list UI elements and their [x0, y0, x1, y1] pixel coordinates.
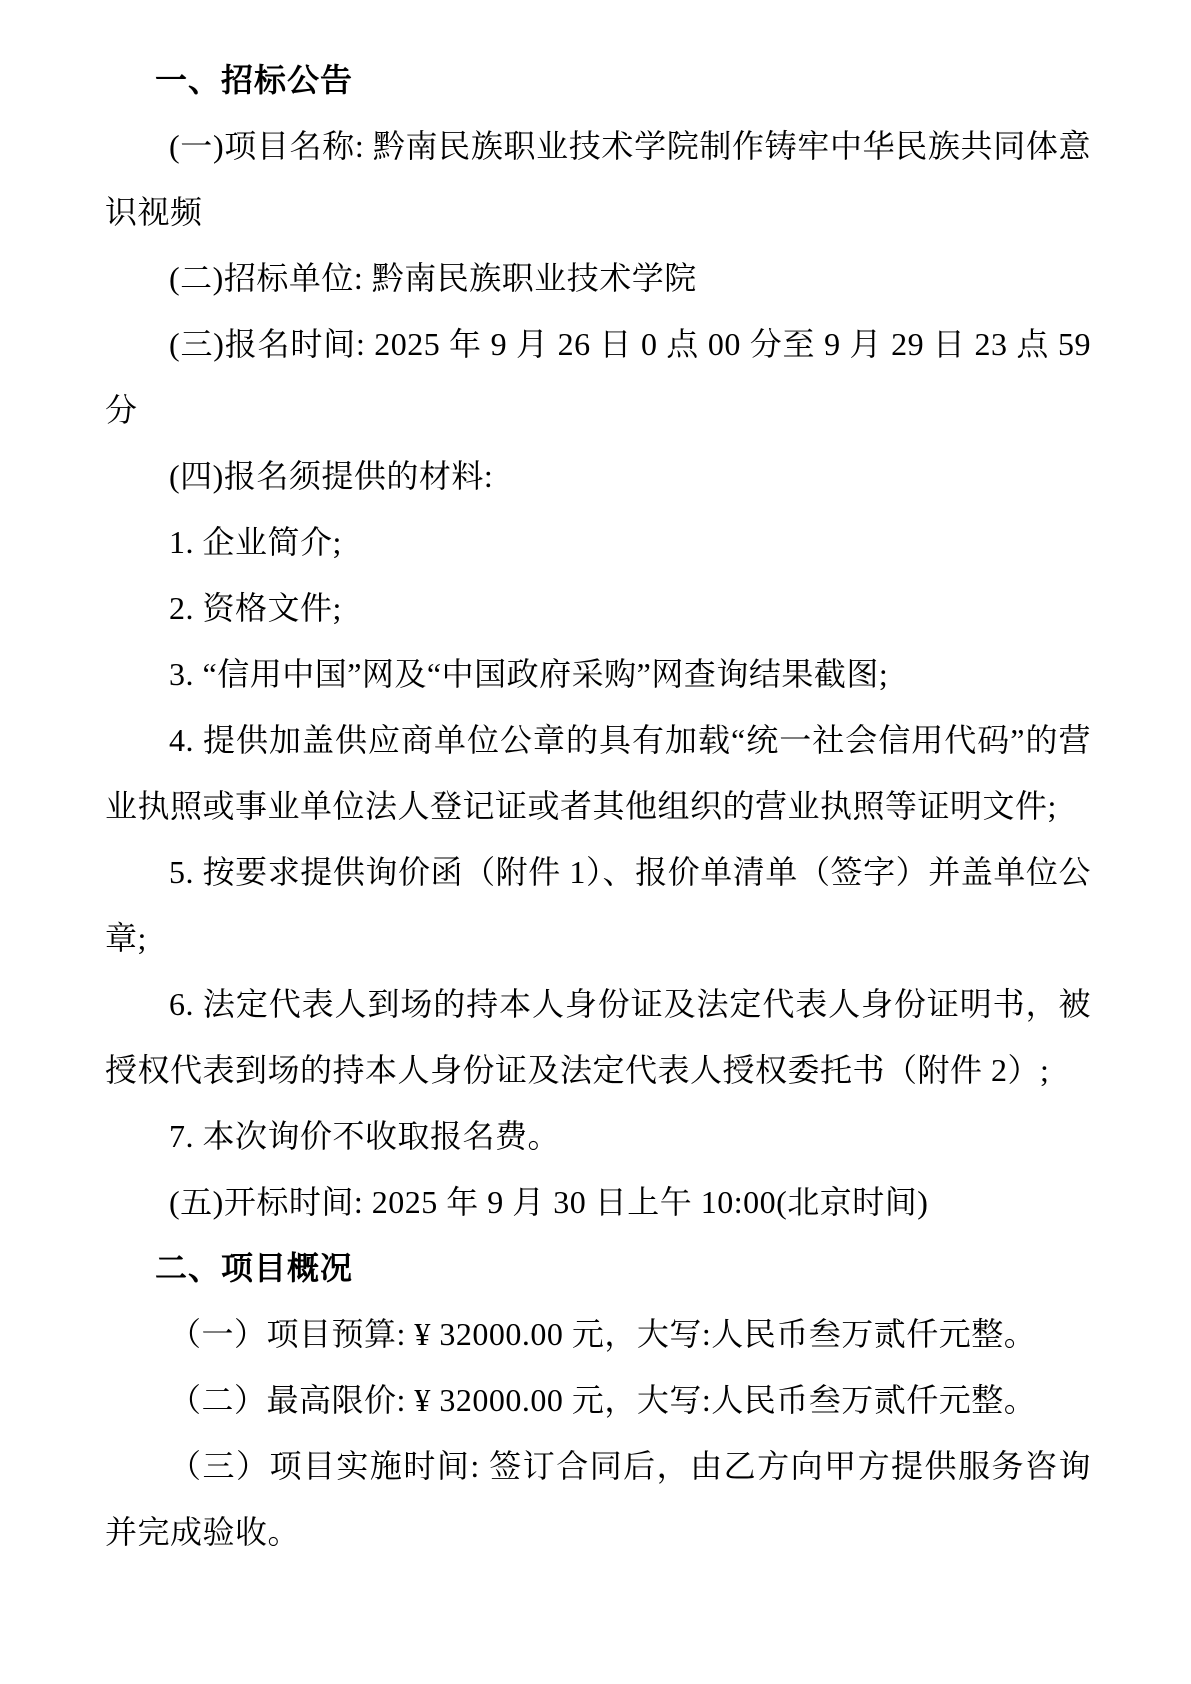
list-item-business-license: 4. 提供加盖供应商单位公章的具有加载“统一社会信用代码”的营业执照或事业单位法…	[105, 707, 1091, 839]
document-page: 一、招标公告 (一)项目名称: 黔南民族职业技术学院制作铸牢中华民族共同体意识视…	[0, 0, 1191, 1684]
list-item-credit-query-screenshots: 3. “信用中国”网及“中国政府采购”网查询结果截图;	[105, 641, 1091, 707]
para-bidding-unit: (二)招标单位: 黔南民族职业技术学院	[105, 245, 1091, 311]
para-project-name: (一)项目名称: 黔南民族职业技术学院制作铸牢中华民族共同体意识视频	[105, 113, 1091, 245]
list-item-inquiry-letter-quotation: 5. 按要求提供询价函（附件 1）、报价单清单（签字）并盖单位公章;	[105, 839, 1091, 971]
para-project-budget: （一）项目预算: ¥ 32000.00 元，大写:人民币叁万贰仟元整。	[105, 1301, 1091, 1367]
list-item-legal-representative-id: 6. 法定代表人到场的持本人身份证及法定代表人身份证明书，被授权代表到场的持本人…	[105, 971, 1091, 1103]
para-maximum-price-limit: （二）最高限价: ¥ 32000.00 元，大写:人民币叁万贰仟元整。	[105, 1367, 1091, 1433]
list-item-company-profile: 1. 企业简介;	[105, 509, 1091, 575]
list-item-qualification-documents: 2. 资格文件;	[105, 575, 1091, 641]
list-item-no-registration-fee: 7. 本次询价不收取报名费。	[105, 1103, 1091, 1169]
para-implementation-time: （三）项目实施时间: 签订合同后，由乙方向甲方提供服务咨询并完成验收。	[105, 1433, 1091, 1565]
para-bid-opening-time: (五)开标时间: 2025 年 9 月 30 日上午 10:00(北京时间)	[105, 1169, 1091, 1235]
section-heading-bidding-announcement: 一、招标公告	[105, 47, 1091, 113]
para-materials-required-label: (四)报名须提供的材料:	[105, 443, 1091, 509]
section-heading-project-overview: 二、项目概况	[105, 1235, 1091, 1301]
para-registration-time: (三)报名时间: 2025 年 9 月 26 日 0 点 00 分至 9 月 2…	[105, 311, 1091, 443]
